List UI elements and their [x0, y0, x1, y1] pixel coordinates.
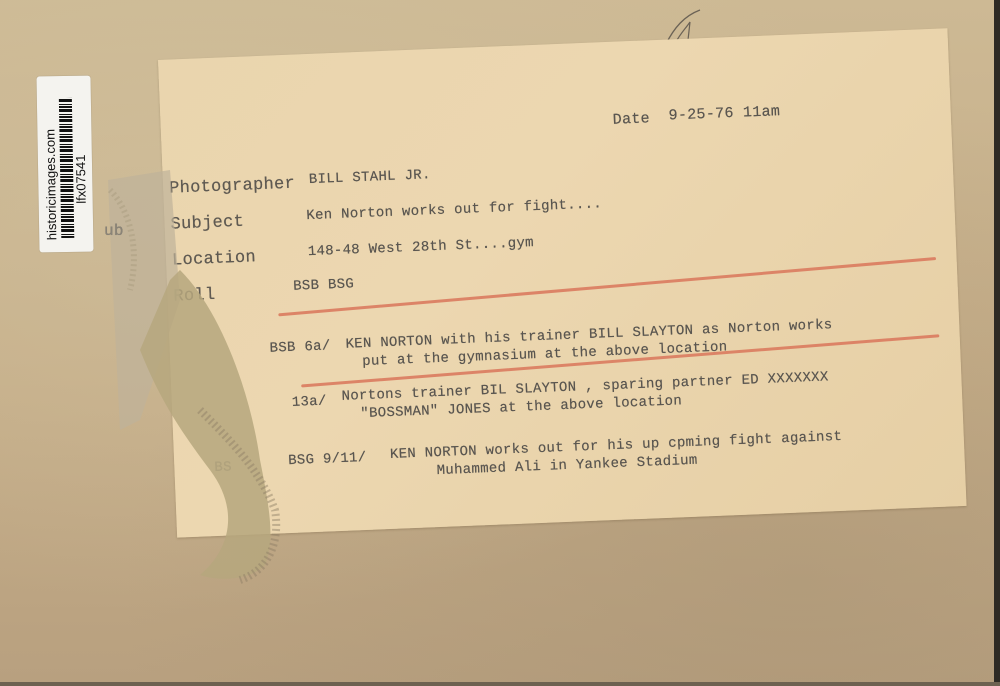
label-id-text: lfx07541 [73, 154, 89, 203]
date-value: 9-25-76 11am [668, 103, 780, 124]
photographer-value: BILL STAHL JR. [309, 167, 431, 188]
barcode-label: historicimages.com lfx07541 [36, 76, 93, 253]
tape-stain [100, 170, 300, 590]
roll-value: BSB BSG [293, 276, 355, 294]
scan-edge-bottom [0, 682, 1000, 686]
date-label: Date [612, 110, 650, 128]
label-site-text: historicimages.com [42, 129, 59, 241]
barcode-icon [59, 98, 74, 238]
red-pencil-line [278, 257, 936, 316]
scan-edge-right [994, 0, 1000, 686]
margin-fragment-subject: ub [104, 222, 124, 240]
subject-value: Ken Norton works out for fight.... [306, 196, 602, 224]
location-value: 148-48 West 28th St....gym [308, 235, 535, 260]
